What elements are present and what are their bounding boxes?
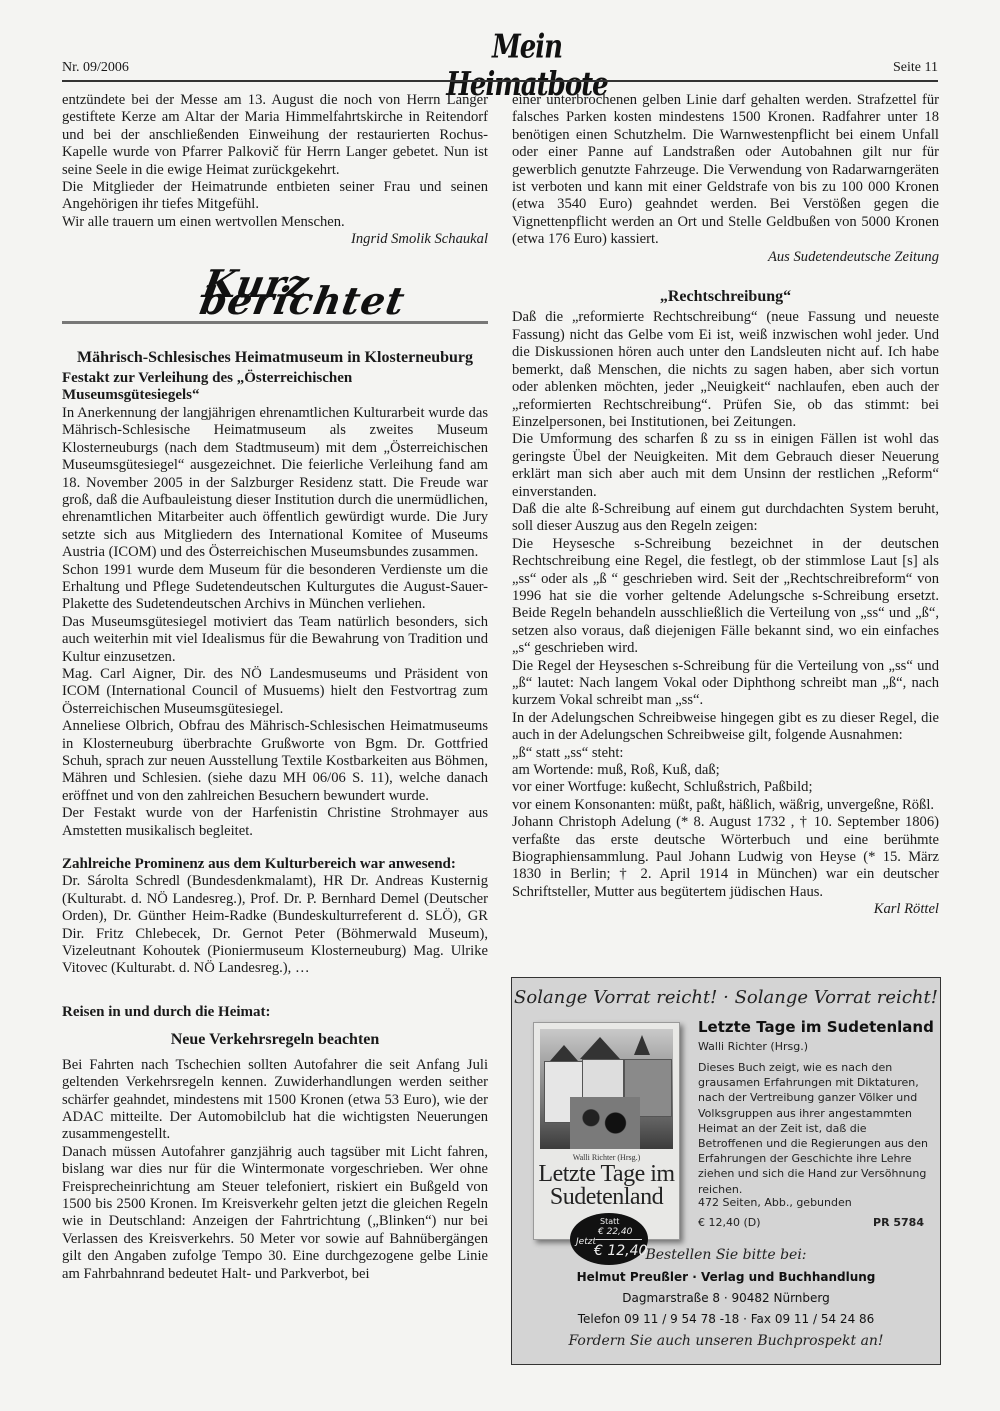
museum-paragraph: Mag. Carl Aigner, Dir. des NÖ Landesmuse… [62, 666, 488, 718]
order-prompt: Bestellen Sie bitte bei: [512, 1247, 940, 1263]
issue-number: Nr. 09/2006 [62, 60, 129, 76]
museum-paragraph: Schon 1991 wurde dem Museum für die beso… [62, 562, 488, 614]
travel-paragraph: Bei Fahrten nach Tschechien sollten Auto… [62, 1057, 488, 1144]
obituary-paragraph: Wir alle trauern um einen wertvollen Men… [62, 214, 488, 231]
cover-title: Letzte Tage im Sudetenland [534, 1163, 679, 1209]
prominence-list: Dr. Sárolta Schredl (Bundesdenkmalamt), … [62, 873, 488, 977]
book-editor: Walli Richter (Hrsg.) [698, 1040, 808, 1053]
header-rule [62, 80, 938, 82]
spelling-paragraph: Die Umformung des scharfen ß zu ss in ei… [512, 431, 939, 501]
obituary-signature: Ingrid Smolik Schaukal [62, 231, 488, 248]
ad-banner: Solange Vorrat reicht! · Solange Vorrat … [512, 987, 940, 1008]
publisher-name: Helmut Preußler · Verlag und Buchhandlun… [512, 1270, 940, 1284]
newspaper-page: Nr. 09/2006 Mein Heimatbote Seite 11 ent… [0, 0, 1000, 1411]
right-column: einer unterbrochenen gelben Linie darf g… [512, 92, 939, 919]
book-cover: Walli Richter (Hrsg.) Letzte Tage im Sud… [533, 1022, 680, 1240]
obituary-paragraph: entzündete bei der Messe am 13. August d… [62, 92, 488, 179]
museum-subheadline: Festakt zur Verleihung des „Österreichis… [62, 370, 488, 405]
cover-title-line: Sudetenland [534, 1186, 679, 1209]
spelling-signature: Karl Röttel [512, 901, 939, 918]
spelling-paragraph: In der Adelungschen Schreibweise hingege… [512, 710, 939, 745]
spelling-headline: „Rechtschreibung“ [512, 288, 939, 305]
product-code: PR 5784 [873, 1216, 924, 1229]
spelling-paragraph: vor einem Konsonanten: müßt, paßt, häßli… [512, 797, 939, 814]
spelling-paragraph: Johann Christoph Adelung (* 8. August 17… [512, 814, 939, 901]
old-price: € 22,40 [598, 1227, 632, 1237]
spelling-paragraph: „ß“ statt „ss“ steht: [512, 745, 939, 762]
travel-paragraph: Danach müssen Autofahrer ganzjährig auch… [62, 1144, 488, 1283]
book-advertisement: Solange Vorrat reicht! · Solange Vorrat … [511, 977, 941, 1365]
section-banner: Kurz berichtet [62, 275, 488, 345]
spelling-paragraph: am Wortende: muß, Roß, Kuß, daß; [512, 762, 939, 779]
book-title: Letzte Tage im Sudetenland [698, 1018, 934, 1036]
travel-headline: Neue Verkehrsregeln beachten [62, 1031, 488, 1048]
travel-paragraph-continued: einer unterbrochenen gelben Linie darf g… [512, 92, 939, 249]
jetzt-label: Jetzt [576, 1237, 596, 1247]
museum-paragraph: Der Festakt wurde von der Harfenistin Ch… [62, 805, 488, 840]
spelling-paragraph: Die Regel der Heyseschen s-Schreibung fü… [512, 658, 939, 710]
book-details: 472 Seiten, Abb., gebunden [698, 1196, 852, 1209]
spelling-paragraph: Die Heysesche s-Schreibung bezeichnet in… [512, 536, 939, 658]
spelling-paragraph: vor einer Wortfuge: kußecht, Schlußstric… [512, 779, 939, 796]
crowd-image [570, 1097, 640, 1149]
museum-headline: Mährisch-Schlesisches Heimatmuseum in Kl… [62, 349, 488, 366]
travel-kicker: Reisen in und durch die Heimat: [62, 1004, 488, 1021]
obituary-paragraph: Die Mitglieder der Heimatrunde entbieten… [62, 179, 488, 214]
left-column: entzündete bei der Messe am 13. August d… [62, 92, 488, 1283]
travel-source: Aus Sudetendeutsche Zeitung [512, 249, 939, 266]
section-banner-title: Kurz berichtet [199, 275, 491, 310]
spelling-paragraph: Daß die alte ß-Schreibung auf einem gut … [512, 501, 939, 536]
museum-paragraph: Das Museumsgütesiegel motiviert das Team… [62, 614, 488, 666]
cover-photo [540, 1029, 673, 1149]
statt-label: Statt [600, 1217, 619, 1226]
cover-title-line: Letzte Tage im [534, 1163, 679, 1186]
publisher-phone: Telefon 09 11 / 9 54 78 -18 · Fax 09 11 … [512, 1312, 940, 1326]
publisher-address: Dagmarstraße 8 · 90482 Nürnberg [512, 1291, 940, 1305]
spelling-paragraph: Daß die „reformierte Rechtschreibung“ (n… [512, 309, 939, 431]
book-price: € 12,40 (D) [698, 1216, 761, 1229]
prospekt-note: Fordern Sie auch unseren Buchprospekt an… [512, 1333, 940, 1349]
book-description: Dieses Buch zeigt, wie es nach den graus… [698, 1060, 930, 1197]
museum-paragraph: In Anerkennung der langjährigen ehrenamt… [62, 405, 488, 562]
page-number: Seite 11 [893, 60, 938, 76]
prominence-heading: Zahlreiche Prominenz aus dem Kulturberei… [62, 856, 488, 873]
museum-paragraph: Anneliese Olbrich, Obfrau des Mährisch-S… [62, 718, 488, 805]
